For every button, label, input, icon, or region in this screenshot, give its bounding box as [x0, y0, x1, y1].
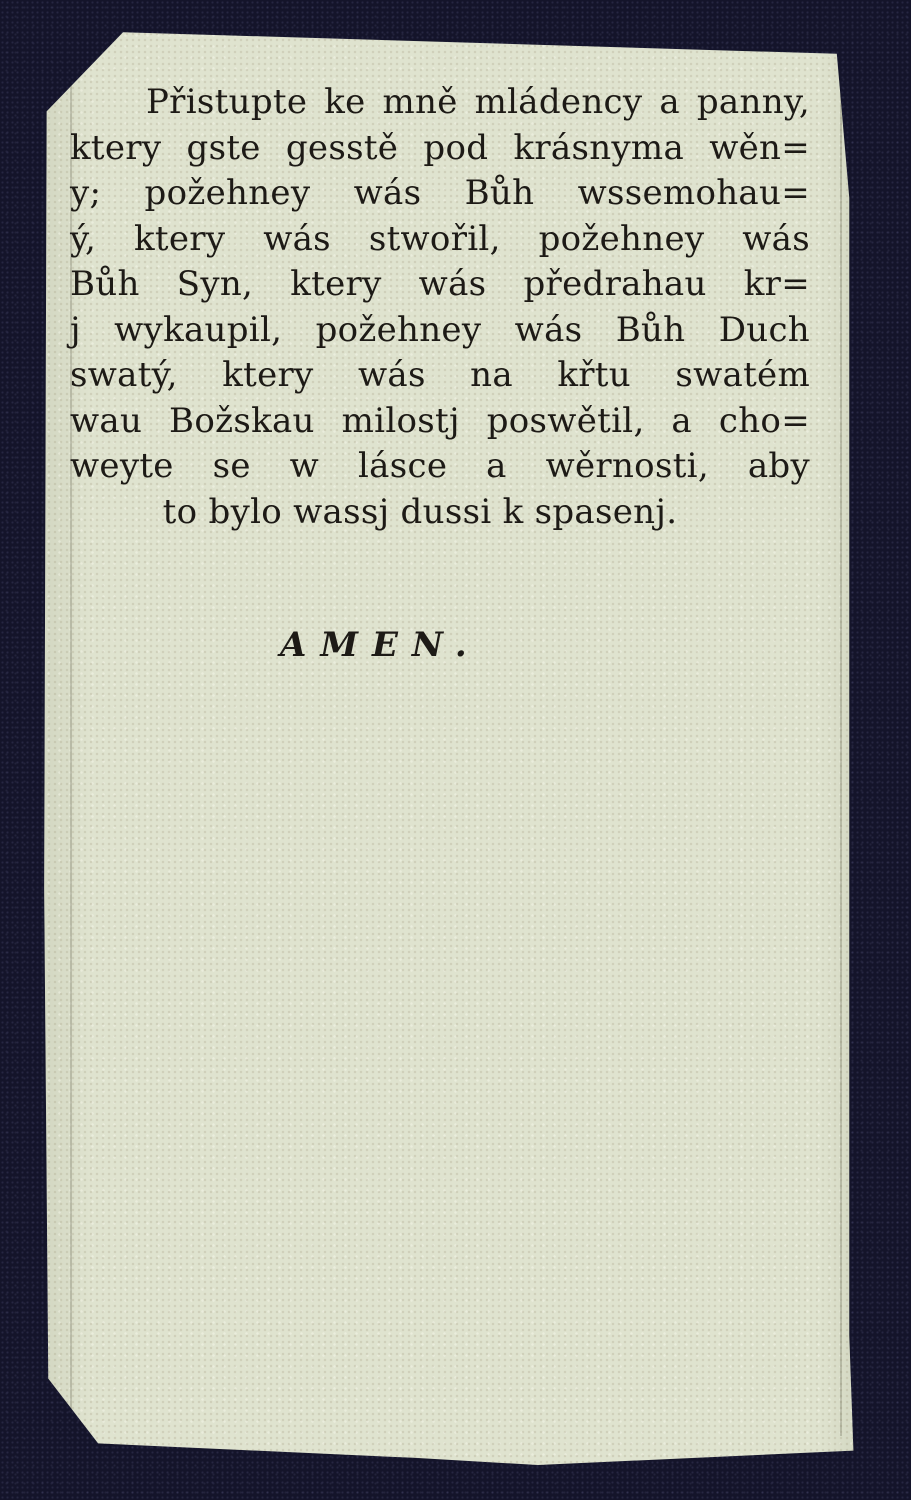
text-line: weyte se w lásce a wěrnosti, aby — [70, 444, 810, 490]
right-fold-line — [840, 68, 842, 1436]
text-line: ý, ktery wás stwořil, požehney wás — [70, 217, 810, 263]
text-line: Bůh Syn, ktery wás předrahau kr= — [70, 262, 810, 308]
text-line: to bylo wassj dussi k spasenj. — [70, 490, 810, 536]
text-line: Přistupte ke mně mládency a panny, — [70, 80, 810, 126]
text-line: wau Božskau milostj poswětil, a cho= — [70, 399, 810, 445]
paper-page: Přistupte ke mně mládency a panny, ktery… — [40, 25, 870, 1465]
text-line: swatý, ktery wás na křtu swatém — [70, 353, 810, 399]
text-line: y; požehney wás Bůh wssemohau= — [70, 171, 810, 217]
prayer-text: Přistupte ke mně mládency a panny, ktery… — [70, 80, 810, 535]
closing-amen: AMEN. — [280, 625, 481, 665]
text-line: ktery gste gesstě pod krásnyma wěn= — [70, 126, 810, 172]
text-line: j wykaupil, požehney wás Bůh Duch — [70, 308, 810, 354]
